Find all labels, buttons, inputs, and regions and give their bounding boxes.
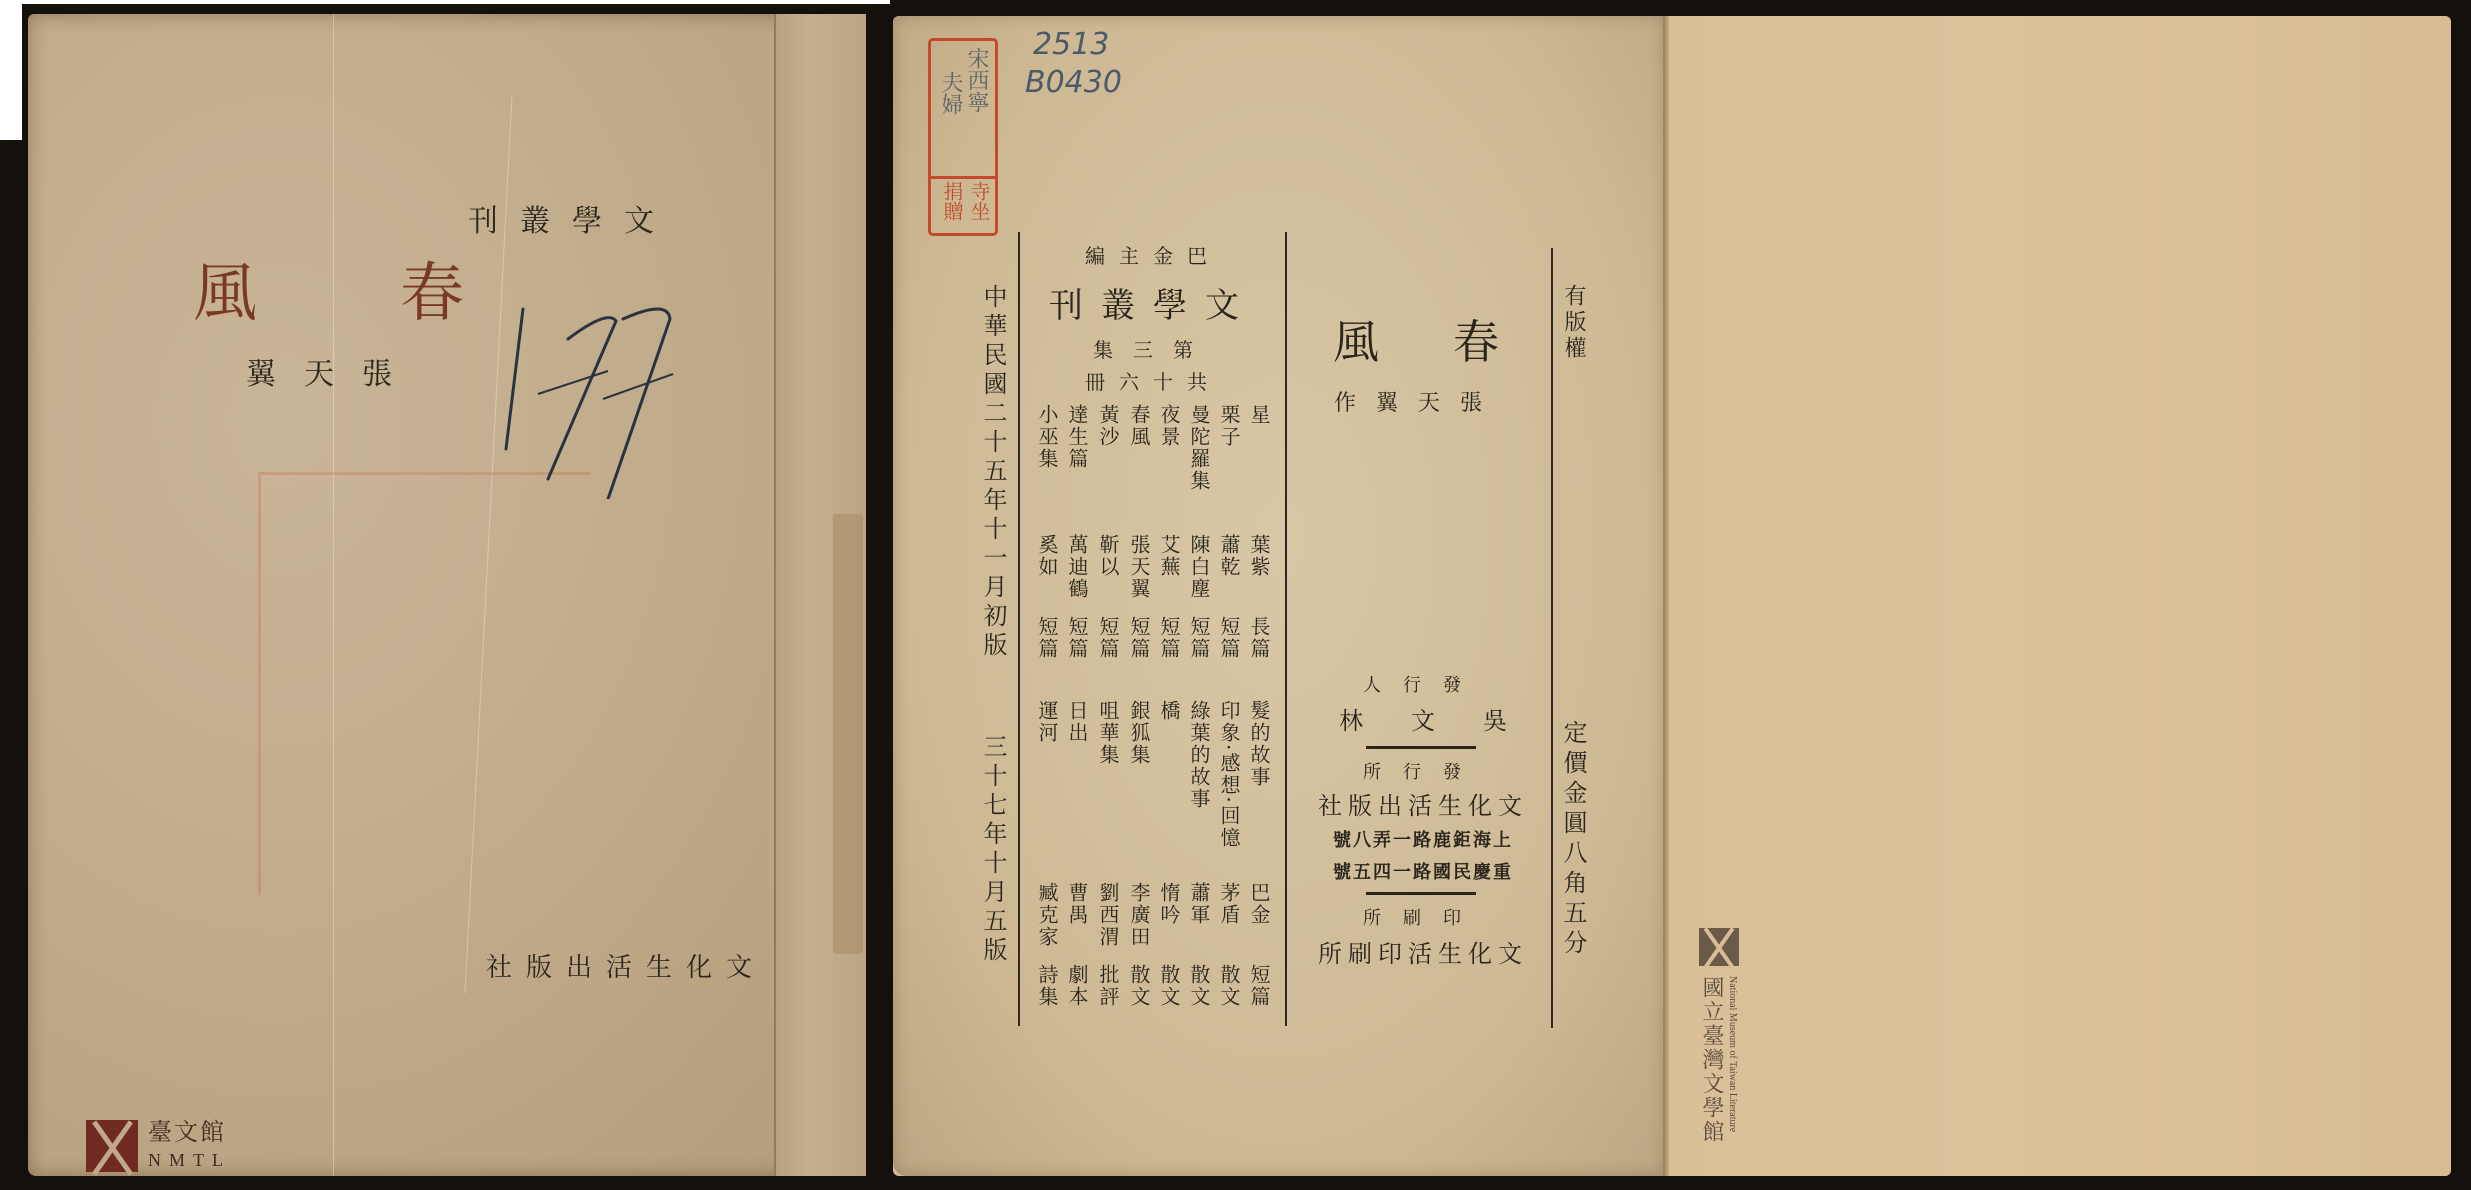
nmtl-watermark: 臺文館 NMTL xyxy=(86,1112,286,1184)
frame-line xyxy=(1285,232,1287,1026)
price: 定價金圓八角五分 xyxy=(1561,720,1585,960)
series-item-title: 春風 xyxy=(1128,404,1150,448)
series-item-genre: 詩集 xyxy=(1036,964,1058,1008)
series-item-author: 曹禺 xyxy=(1066,882,1088,926)
fifth-edition-date: 三十七年十月五版 xyxy=(981,734,1005,966)
printer-name: 所刷印活生化文 xyxy=(1308,934,1538,969)
series-item-genre: 散文 xyxy=(1158,964,1180,1008)
series-item-title: 達生篇 xyxy=(1066,404,1088,470)
book-title-char: 春 xyxy=(1453,306,1499,372)
copyright-notice: 有版權 xyxy=(1561,284,1585,362)
cover-publisher: 社版出活生化文 xyxy=(486,947,766,984)
series-item-author: 劉西渭 xyxy=(1097,882,1119,948)
series-collection: 第三集 xyxy=(1023,334,1283,363)
cover-series-name: 刊叢學文 xyxy=(468,196,676,240)
divider xyxy=(1366,892,1476,895)
seal-text: 捐贈 xyxy=(939,181,965,221)
series-item-genre: 劇本 xyxy=(1066,964,1088,1008)
series-item-genre: 長篇 xyxy=(1248,616,1270,660)
publisher-name: 林 文 吳 xyxy=(1313,701,1533,736)
nmtl-logo-icon xyxy=(86,1120,138,1172)
series-item-author: 陳白塵 xyxy=(1188,534,1210,600)
series-item-title: 日出 xyxy=(1066,700,1088,744)
address-chongqing: 號五四一路國民慶重 xyxy=(1313,858,1533,884)
series-item-title: 咀華集 xyxy=(1097,700,1119,766)
series-item-author: 惰吟 xyxy=(1158,882,1180,926)
distributor-name: 社版出活生化文 xyxy=(1308,786,1538,821)
series-item-title: 夜景 xyxy=(1158,404,1180,448)
series-item-genre: 短篇 xyxy=(1158,616,1180,660)
series-volume-count: 共十六冊 xyxy=(1023,366,1283,395)
series-item-title: 髮的故事 xyxy=(1248,700,1270,788)
series-item-title: 銀狐集 xyxy=(1128,700,1150,766)
series-item-title: 橋 xyxy=(1158,700,1180,722)
divider xyxy=(1366,746,1476,749)
series-item-author: 茅盾 xyxy=(1218,882,1240,926)
book-cover: 刊叢學文 風 春 翼天張 177 社版出活生化文 臺文館 NMTL xyxy=(28,14,864,1176)
seal-text: 寺坐 xyxy=(966,181,992,221)
series-item-author: 靳以 xyxy=(1097,534,1119,578)
printer-label: 所刷印 xyxy=(1313,904,1533,930)
series-item-author: 巴金 xyxy=(1248,882,1270,926)
series-item-author: 蕭乾 xyxy=(1218,534,1240,578)
frame-line xyxy=(1551,248,1553,1028)
seal-text: 宋西寧 xyxy=(963,47,989,113)
series-item-genre: 短篇 xyxy=(1218,616,1240,660)
series-item-author: 葉紫 xyxy=(1248,534,1270,578)
series-item-title: 栗子 xyxy=(1218,404,1240,448)
series-item-genre: 批評 xyxy=(1097,964,1119,1008)
series-item-genre: 短篇 xyxy=(1097,616,1119,660)
cover-title-char: 春 xyxy=(400,242,464,334)
series-item-title: 曼陀羅集 xyxy=(1188,404,1210,492)
series-editor: 巴金主編 xyxy=(1023,240,1283,269)
nmtl-logo-icon xyxy=(1699,928,1739,966)
series-item-author: 萬迪鶴 xyxy=(1066,534,1088,600)
seal-divider xyxy=(931,176,995,179)
series-item-title: 黃沙 xyxy=(1097,404,1119,448)
watermark-cn: 臺文館 xyxy=(148,1112,226,1147)
series-item-author: 李廣田 xyxy=(1128,882,1150,948)
series-item-author: 艾蕪 xyxy=(1158,534,1180,578)
seal-text: 夫婦 xyxy=(937,71,963,115)
watermark-cn: 國立臺灣文學館 xyxy=(1699,976,1723,1144)
blank-page: 國立臺灣文學館 National Museum of Taiwan Litera… xyxy=(1669,16,2451,1176)
book-title-char: 風 xyxy=(1333,306,1379,372)
series-item-genre: 短篇 xyxy=(1188,616,1210,660)
publisher-label: 人行發 xyxy=(1313,671,1533,697)
series-item-genre: 散文 xyxy=(1218,964,1240,1008)
scan-margin xyxy=(0,0,22,140)
scan-margin xyxy=(0,0,890,4)
series-item-title: 運河 xyxy=(1036,700,1058,744)
series-item-genre: 散文 xyxy=(1128,964,1150,1008)
watermark-en: National Museum of Taiwan Literature xyxy=(1727,976,1738,1132)
series-item-title: 星 xyxy=(1248,404,1270,426)
address-shanghai: 號八弄一路鹿鉅海上 xyxy=(1313,826,1533,852)
first-edition-date: 中華民國二十五年十一月初版 xyxy=(981,284,1005,661)
series-item-title: 綠葉的故事 xyxy=(1188,700,1210,810)
series-item-title: 小巫集 xyxy=(1036,404,1058,470)
faded-stamp-outline xyxy=(258,472,591,895)
call-number: B0430 xyxy=(1025,66,1122,100)
series-item-author: 奚如 xyxy=(1036,534,1058,578)
spine-stain xyxy=(833,514,863,954)
series-item-author: 蕭軍 xyxy=(1188,882,1210,926)
inner-spread: 宋西寧 夫婦 寺坐 捐贈 2513 B0430 中華民國二十五年十一月初版 三十… xyxy=(893,16,2451,1176)
series-item-genre: 短篇 xyxy=(1248,964,1270,1008)
watermark-en: NMTL xyxy=(148,1150,231,1171)
cover-title-char: 風 xyxy=(193,242,257,334)
book-byline: 作翼天張 xyxy=(1293,386,1543,417)
series-item-genre: 短篇 xyxy=(1128,616,1150,660)
frame-line xyxy=(1018,232,1020,1026)
series-item-genre: 散文 xyxy=(1188,964,1210,1008)
title-page: 宋西寧 夫婦 寺坐 捐贈 2513 B0430 中華民國二十五年十一月初版 三十… xyxy=(893,16,1665,1176)
distributor-label: 所行發 xyxy=(1313,758,1533,784)
cover-author: 翼天張 xyxy=(246,349,420,393)
handwritten-number-177 xyxy=(498,299,698,499)
series-item-author: 張天翼 xyxy=(1128,534,1150,600)
series-item-author: 臧克家 xyxy=(1036,882,1058,948)
series-item-title: 印象·感想·回憶 xyxy=(1218,700,1240,849)
series-item-genre: 短篇 xyxy=(1036,616,1058,660)
series-item-genre: 短篇 xyxy=(1066,616,1088,660)
call-number: 2513 xyxy=(1033,28,1109,62)
series-title: 文學叢刊 xyxy=(1023,278,1283,327)
red-seal-stamp: 宋西寧 夫婦 寺坐 捐贈 xyxy=(928,38,998,236)
